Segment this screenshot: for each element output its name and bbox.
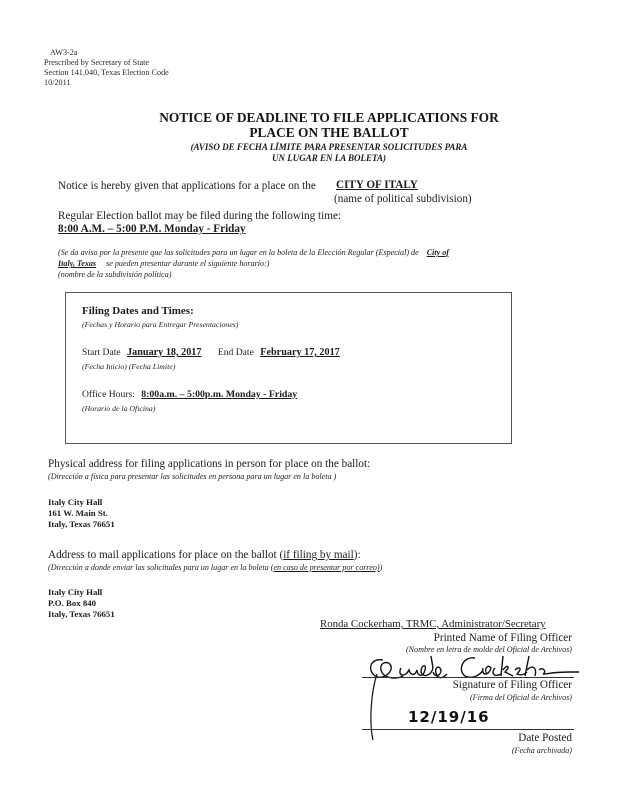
end-date-label: End Date (218, 347, 254, 358)
page-title-line2: PLACE ON THE BALLOT (0, 125, 618, 140)
filing-dates-title-spanish: (Fechas y Horario para Entregar Presenta… (82, 320, 238, 330)
mail-heading-underlined: if filing by mail (283, 549, 354, 561)
political-subdivision: CITY OF ITALY (336, 179, 418, 192)
mail-heading-spanish-end: ) (380, 563, 383, 572)
office-hours-label: Office Hours: (82, 389, 135, 400)
physical-address-line1: Italy City Hall (48, 497, 115, 508)
page-subtitle-spanish: (AVISO DE FECHA LÍMITE PARA PRESENTAR SO… (0, 142, 618, 153)
notice-spanish-line1: (Se da aviso por la presente que las sol… (58, 248, 449, 258)
printed-name-label: Printed Name of Filing Officer (434, 632, 572, 645)
mail-heading-spanish-underlined: en caso de presentar por correo) (273, 563, 379, 572)
mail-heading-spanish-text: (Dirección a donde enviar las solicitude… (48, 563, 273, 572)
physical-address-line2: 161 W. Main St. (48, 508, 115, 519)
notice-intro: Notice is hereby given that applications… (58, 180, 316, 193)
political-subdivision-label: (name of political subdivision) (334, 193, 472, 206)
signature-label-spanish: (Firma del Oficial de Archivos) (470, 693, 572, 703)
physical-address-line3: Italy, Texas 76651 (48, 519, 115, 530)
form-id: AW3-2a (44, 48, 169, 58)
mail-address-heading-spanish: (Dirección a donde enviar las solicitude… (48, 563, 382, 573)
date-line (362, 729, 574, 730)
office-hours-value: 8:00a.m. – 5:00p.m. Monday - Friday (141, 389, 297, 400)
form-revision: 10/2011 (44, 78, 169, 88)
mail-heading-end: ): (354, 549, 361, 561)
office-hours-row: Office Hours: 8:00a.m. – 5:00p.m. Monday… (82, 389, 297, 400)
election-code-section: Section 141.040, Texas Election Code (44, 68, 169, 78)
start-date-label: Start Date (82, 347, 121, 358)
mail-heading-text: Address to mail applications for place o… (48, 549, 283, 561)
physical-address-heading-spanish: (Dirección a física para presentar las s… (48, 472, 336, 482)
prescribed-by: Prescribed by Secretary of State (44, 58, 169, 68)
end-date-value: February 17, 2017 (260, 347, 340, 358)
notice-intro-text: Notice is hereby given that applications… (58, 180, 316, 192)
notice-spanish-line2: Italy, Texas se pueden presentar durante… (58, 259, 269, 269)
dates-spanish: (Fecha Inicio) (Fecha Limite) (82, 362, 175, 372)
mail-address-heading: Address to mail applications for place o… (48, 549, 361, 562)
mail-address-line1: Italy City Hall (48, 587, 115, 598)
mail-address-line2: P.O. Box 840 (48, 598, 115, 609)
mail-address-line3: Italy, Texas 76651 (48, 609, 115, 620)
date-posted-label: Date Posted (518, 732, 572, 745)
page-subtitle-spanish-line2: UN LUGAR EN LA BOLETA) (0, 153, 618, 164)
date-posted-value: 12/19/16 (408, 708, 490, 726)
spanish-city-name-cont: Italy, Texas (58, 259, 96, 268)
spanish-city-name: City of (427, 248, 449, 257)
page-title: NOTICE OF DEADLINE TO FILE APPLICATIONS … (0, 110, 618, 125)
start-date-row: Start Date January 18, 2017 End Date Feb… (82, 347, 340, 358)
filing-hours: 8:00 A.M. – 5:00 P.M. Monday - Friday (58, 223, 246, 236)
signature-line (362, 677, 574, 678)
form-header: AW3-2a Prescribed by Secretary of State … (44, 48, 169, 88)
signature-label: Signature of Filing Officer (453, 679, 572, 692)
notice-spanish-text: (Se da aviso por la presente que las sol… (58, 248, 419, 257)
filing-dates-title: Filing Dates and Times: (82, 305, 194, 317)
date-posted-label-spanish: (Fecha archivada) (512, 746, 572, 756)
physical-address-heading: Physical address for filing applications… (48, 458, 370, 471)
mail-address: Italy City Hall P.O. Box 840 Italy, Texa… (48, 587, 115, 620)
filing-period-text: Regular Election ballot may be filed dur… (58, 210, 341, 223)
physical-address: Italy City Hall 161 W. Main St. Italy, T… (48, 497, 115, 530)
subdivision-label-spanish: (nombre de la subdivisión política) (58, 270, 171, 280)
officer-printed-name: Ronda Cockerham, TRMC, Administrator/Sec… (320, 618, 546, 631)
start-date-value: January 18, 2017 (127, 347, 201, 358)
notice-spanish-text-cont: se pueden presentar durante el siguiente… (106, 259, 269, 268)
office-hours-spanish: (Horario de la Oficina) (82, 404, 155, 414)
